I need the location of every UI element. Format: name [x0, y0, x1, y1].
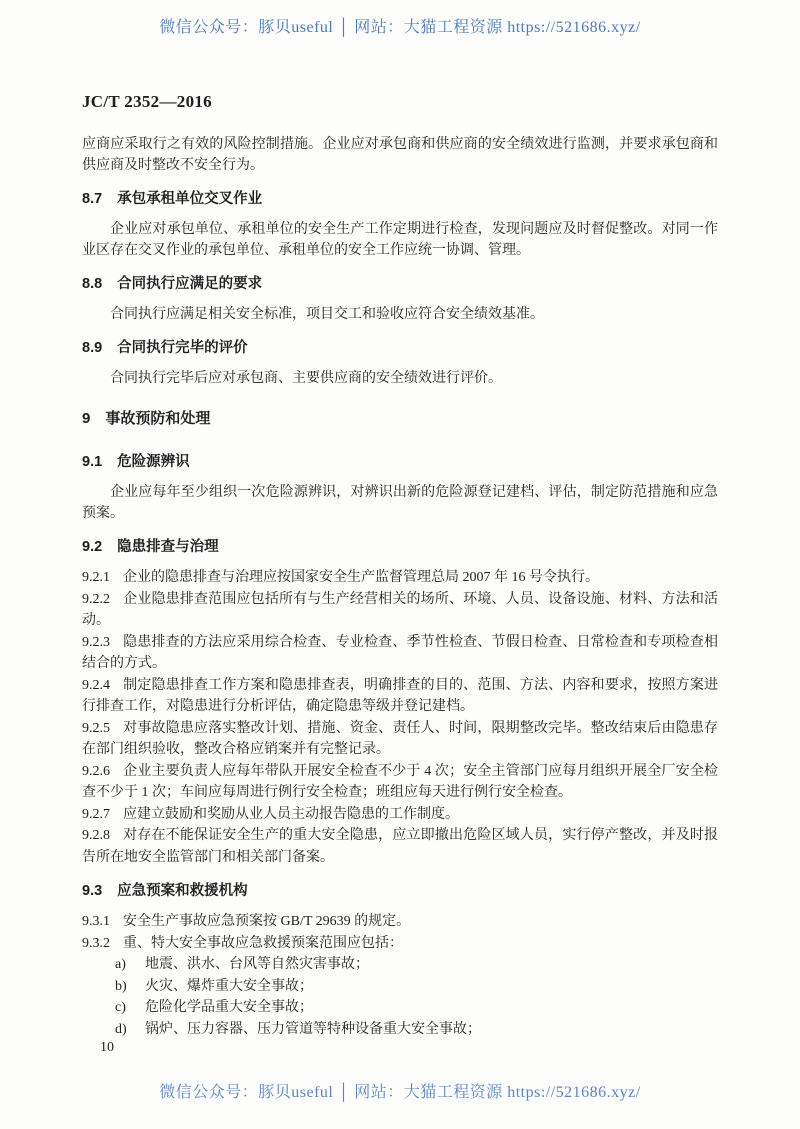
section-number: 9.1: [82, 454, 102, 470]
clause-text: 制定隐患排查工作方案和隐患排查表，明确排查的目的、范围、方法、内容和要求，按照方…: [82, 678, 718, 715]
list-item-label: d): [115, 1019, 145, 1041]
paragraph: 企业应每年至少组织一次危险源辨识，对辨识出新的危险源登记建档、评估，制定防范措施…: [82, 482, 718, 524]
section-title: 合同执行应满足的要求: [117, 276, 262, 292]
section-title: 危险源辨识: [117, 454, 190, 470]
list-item: d)锅炉、压力容器、压力管道等特种设备重大安全事故；: [115, 1019, 718, 1041]
list-item-text: 火灾、爆炸重大安全事故；: [145, 976, 313, 998]
header-watermark: 微信公众号：豚贝useful │ 网站：大猫工程资源 https://52168…: [0, 14, 800, 37]
paragraph: 合同执行完毕后应对承包商、主要供应商的安全绩效进行评价。: [82, 368, 718, 389]
clause-number: 9.2.7: [82, 807, 110, 822]
clause-9-2-6: 9.2.6企业主要负责人应每年带队开展安全检查不少于 4 次；安全主管部门应每月…: [82, 761, 718, 804]
clause-9-3-1: 9.3.1安全生产事故应急预案按 GB/T 29639 的规定。: [82, 911, 718, 933]
page-number: 10: [100, 1040, 114, 1056]
paragraph: 合同执行应满足相关安全标准，项目交工和验收应符合安全绩效基准。: [82, 304, 718, 325]
clause-text: 企业的隐患排查与治理应按国家安全生产监督管理总局 2007 年 16 号令执行。: [123, 570, 599, 585]
section-heading-8-7: 8.7承包承租单位交叉作业: [82, 189, 718, 209]
clause-9-2-4: 9.2.4制定隐患排查工作方案和隐患排查表，明确排查的目的、范围、方法、内容和要…: [82, 675, 718, 718]
paragraph-continuation: 应商应采取行之有效的风险控制措施。企业应对承包商和供应商的安全绩效进行监测，并要…: [82, 134, 718, 176]
paragraph: 企业应对承包单位、承租单位的安全生产工作定期进行检查，发现问题应及时督促整改。对…: [82, 219, 718, 261]
clause-text: 隐患排查的方法应采用综合检查、专业检查、季节性检查、节假日检查、日常检查和专项检…: [82, 635, 718, 672]
section-title: 承包承租单位交叉作业: [117, 191, 262, 207]
clause-number: 9.2.3: [82, 635, 110, 650]
section-heading-8-9: 8.9合同执行完毕的评价: [82, 338, 718, 358]
section-number: 9.3: [82, 883, 102, 899]
section-title: 合同执行完毕的评价: [117, 340, 248, 356]
clause-number: 9.2.6: [82, 764, 110, 779]
section-title: 应急预案和救援机构: [117, 883, 248, 899]
clause-number: 9.2.4: [82, 678, 110, 693]
document-page: 微信公众号：豚贝useful │ 网站：大猫工程资源 https://52168…: [0, 0, 800, 1129]
footer-watermark: 微信公众号：豚贝useful │ 网站：大猫工程资源 https://52168…: [0, 1079, 800, 1102]
section-title: 隐患排查与治理: [117, 539, 219, 555]
clause-number: 9.2.1: [82, 570, 110, 585]
section-heading-8-8: 8.8合同执行应满足的要求: [82, 274, 718, 294]
clause-number: 9.2.8: [82, 828, 110, 843]
clause-9-2-3: 9.2.3隐患排查的方法应采用综合检查、专业检查、季节性检查、节假日检查、日常检…: [82, 632, 718, 675]
clause-text: 对事故隐患应落实整改计划、措施、资金、责任人、时间，限期整改完毕。整改结束后由隐…: [82, 721, 718, 758]
list-item: a)地震、洪水、台风等自然灾害事故；: [115, 954, 718, 976]
clause-9-3-2: 9.3.2重、特大安全事故应急救援预案范围应包括：: [82, 933, 718, 955]
clause-number: 9.3.1: [82, 914, 110, 929]
clause-9-2-1: 9.2.1企业的隐患排查与治理应按国家安全生产监督管理总局 2007 年 16 …: [82, 567, 718, 589]
standard-number: JC/T 2352—2016: [82, 92, 718, 112]
list-item-label: b): [115, 976, 145, 998]
enum-list: a)地震、洪水、台风等自然灾害事故； b)火灾、爆炸重大安全事故； c)危险化学…: [82, 954, 718, 1040]
chapter-number: 9: [82, 410, 90, 427]
list-item-text: 危险化学品重大安全事故；: [145, 997, 313, 1019]
list-item-label: a): [115, 954, 145, 976]
clause-number: 9.2.5: [82, 721, 110, 736]
list-item-label: c): [115, 997, 145, 1019]
list-item: b)火灾、爆炸重大安全事故；: [115, 976, 718, 998]
section-number: 8.7: [82, 191, 102, 207]
section-number: 8.9: [82, 340, 102, 356]
clause-text: 应建立鼓励和奖励从业人员主动报告隐患的工作制度。: [123, 807, 459, 822]
clause-text: 企业主要负责人应每年带队开展安全检查不少于 4 次；安全主管部门应每月组织开展全…: [82, 764, 718, 801]
clause-text: 安全生产事故应急预案按 GB/T 29639 的规定。: [123, 914, 410, 929]
document-body: JC/T 2352—2016 应商应采取行之有效的风险控制措施。企业应对承包商和…: [82, 92, 718, 1040]
clause-text: 企业隐患排查范围应包括所有与生产经营相关的场所、环境、人员、设备设施、材料、方法…: [82, 592, 718, 629]
clause-9-2-5: 9.2.5对事故隐患应落实整改计划、措施、资金、责任人、时间，限期整改完毕。整改…: [82, 718, 718, 761]
clause-text: 重、特大安全事故应急救援预案范围应包括：: [123, 936, 403, 951]
clause-number: 9.3.2: [82, 936, 110, 951]
clause-number: 9.2.2: [82, 592, 110, 607]
clause-9-2-8: 9.2.8对存在不能保证安全生产的重大安全隐患，应立即撤出危险区域人员，实行停产…: [82, 825, 718, 868]
clause-9-2-7: 9.2.7应建立鼓励和奖励从业人员主动报告隐患的工作制度。: [82, 804, 718, 826]
section-heading-9-1: 9.1危险源辨识: [82, 452, 718, 472]
list-item-text: 锅炉、压力容器、压力管道等特种设备重大安全事故；: [145, 1019, 481, 1041]
chapter-title: 事故预防和处理: [105, 410, 210, 427]
list-item: c)危险化学品重大安全事故；: [115, 997, 718, 1019]
clause-text: 对存在不能保证安全生产的重大安全隐患，应立即撤出危险区域人员，实行停产整改，并及…: [82, 828, 718, 865]
section-number: 8.8: [82, 276, 102, 292]
section-number: 9.2: [82, 539, 102, 555]
list-item-text: 地震、洪水、台风等自然灾害事故；: [145, 954, 369, 976]
chapter-heading-9: 9事故预防和处理: [82, 409, 718, 429]
section-heading-9-3: 9.3应急预案和救援机构: [82, 881, 718, 901]
clause-9-2-2: 9.2.2企业隐患排查范围应包括所有与生产经营相关的场所、环境、人员、设备设施、…: [82, 589, 718, 632]
section-heading-9-2: 9.2隐患排查与治理: [82, 537, 718, 557]
